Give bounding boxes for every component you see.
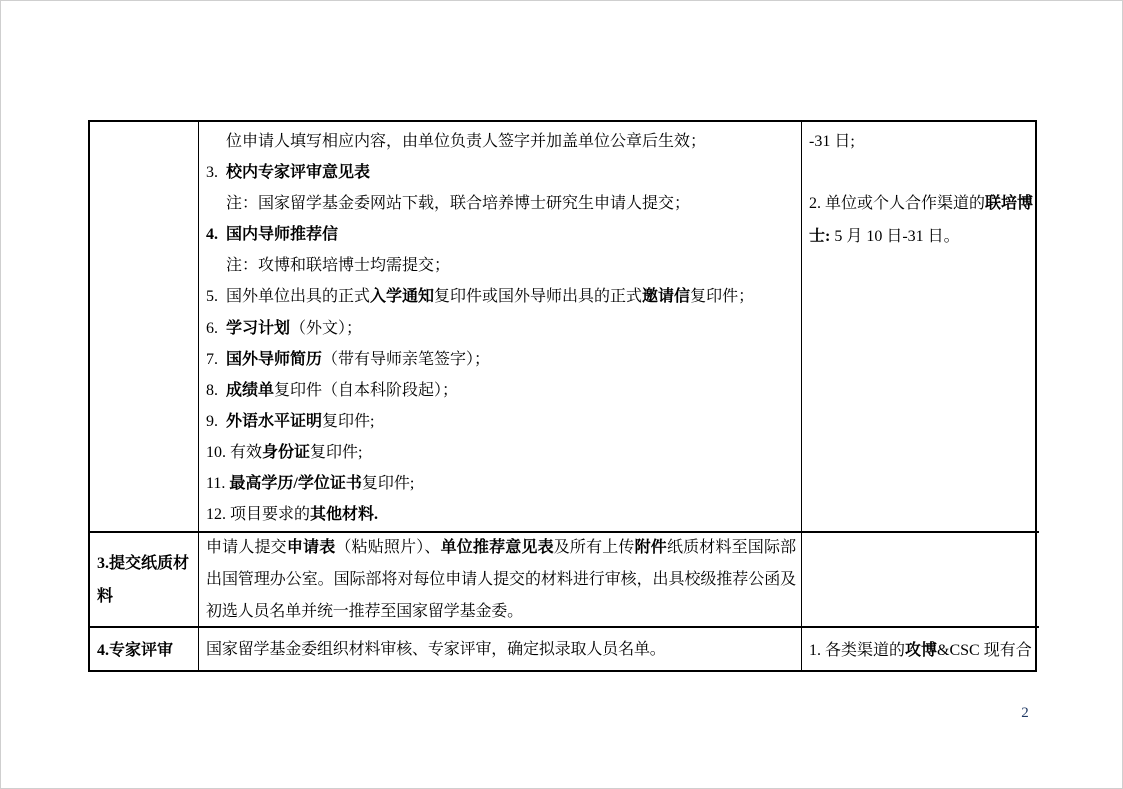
list-item-foreign-supervisor-cv: 7. 国外导师简历（带有导师亲笔签字）； — [206, 344, 796, 375]
table-row-materials-checklist: 位申请人填写相应内容，由单位负责人签字并加盖单位公章后生效； 3. 校内专家评审… — [90, 122, 1039, 531]
list-item-expert-review-form: 3. 校内专家评审意见表 — [206, 157, 796, 188]
table-row-expert-review: 4.专家评审 国家留学基金委组织材料审核、专家评审，确定拟录取人员名单。 1. … — [90, 626, 1039, 672]
application-process-table: 位申请人填写相应内容，由单位负责人签字并加盖单位公章后生效； 3. 校内专家评审… — [88, 120, 1037, 672]
list-item-id-card: 10. 有效身份证复印件; — [206, 437, 796, 468]
table-row-submit-paper-materials: 3.提交纸质材料 申请人提交申请表（粘贴照片）、单位推荐意见表及所有上传附件纸质… — [90, 531, 1039, 626]
blank-line — [809, 157, 1034, 187]
row3-deadline-cell: 1. 各类渠道的攻博&CSC 现有合 — [801, 628, 1039, 672]
note-expert-review-form: 注：国家留学基金委网站下载，联合培养博士研究生申请人提交； — [206, 188, 796, 219]
list-item-study-plan: 6. 学习计划（外文）； — [206, 313, 796, 344]
list-item-diploma: 11. 最高学历/学位证书复印件; — [206, 468, 796, 499]
deadline-phd-csc: 1. 各类渠道的攻博&CSC 现有合 — [809, 634, 1034, 667]
row1-materials-list-cell: 位申请人填写相应内容，由单位负责人签字并加盖单位公章后生效； 3. 校内专家评审… — [198, 122, 801, 531]
deadline-joint-phd: 2. 单位或个人合作渠道的联培博士: 5 月 10 日-31 日。 — [809, 187, 1034, 253]
list-item-domestic-supervisor-letter: 4. 国内导师推荐信 — [206, 219, 796, 250]
list-item-language-certificate: 9. 外语水平证明复印件; — [206, 406, 796, 437]
list-item-admission-notice: 5. 国外单位出具的正式入学通知复印件或国外导师出具的正式邀请信复印件； — [206, 281, 796, 312]
row2-description-cell: 申请人提交申请表（粘贴照片）、单位推荐意见表及所有上传附件纸质材料至国际部出国管… — [198, 533, 801, 626]
row1-deadline-cell: -31 日; 2. 单位或个人合作渠道的联培博士: 5 月 10 日-31 日。 — [801, 122, 1039, 531]
page-number: 2 — [1015, 705, 1035, 722]
expert-review-description: 国家留学基金委组织材料审核、专家评审，确定拟录取人员名单。 — [206, 634, 796, 666]
deadline-continuation-line: -31 日; — [809, 126, 1034, 157]
note-domestic-supervisor-letter: 注：攻博和联培博士均需提交； — [206, 250, 796, 281]
continuation-line-unit-signature: 位申请人填写相应内容，由单位负责人签字并加盖单位公章后生效； — [206, 126, 796, 157]
list-item-transcript: 8. 成绩单复印件（自本科阶段起）； — [206, 375, 796, 406]
submit-paper-materials-description: 申请人提交申请表（粘贴照片）、单位推荐意见表及所有上传附件纸质材料至国际部出国管… — [206, 533, 796, 626]
row3-description-cell: 国家留学基金委组织材料审核、专家评审，确定拟录取人员名单。 — [198, 628, 801, 672]
document-page: 位申请人填写相应内容，由单位负责人签字并加盖单位公章后生效； 3. 校内专家评审… — [0, 0, 1123, 789]
row2-deadline-cell — [801, 533, 1039, 626]
step-label-submit-paper-materials: 3.提交纸质材料 — [97, 547, 193, 613]
list-item-other-materials: 12. 项目要求的其他材料. — [206, 499, 796, 530]
row1-label-cell — [90, 122, 198, 531]
step-label-expert-review: 4.专家评审 — [97, 634, 193, 667]
row2-label-cell: 3.提交纸质材料 — [90, 533, 198, 626]
row3-label-cell: 4.专家评审 — [90, 628, 198, 672]
